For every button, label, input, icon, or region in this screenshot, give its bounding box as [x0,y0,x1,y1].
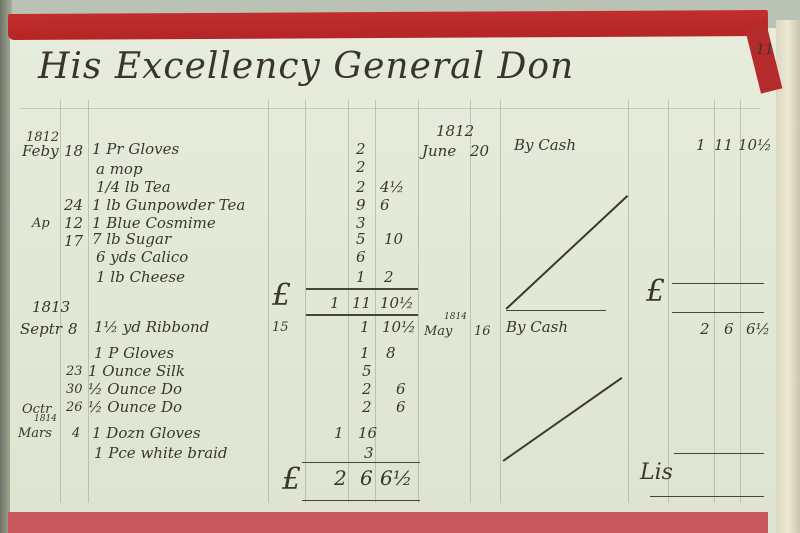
rule-line [375,100,376,503]
entry-item: 1 P Gloves [94,344,174,362]
entry-day: 26 [66,400,83,415]
rule-line [628,100,629,503]
entry-item: 6 yds Calico [96,248,188,266]
subtotal-pence: 10½ [380,294,414,312]
rule-line [668,100,669,503]
entry-shillings: 3 [364,444,374,462]
sum-rule [650,496,764,497]
entry-pounds: 1 [334,424,344,442]
credit-item: By Cash [514,136,576,154]
entry-item: 7 lb Sugar [92,230,171,248]
total-pounds: 2 [334,466,347,490]
entry-item: ½ Ounce Do [88,398,182,416]
credit-pence: 6½ [746,320,770,338]
sum-rule [306,288,418,290]
entry-rate: 15 [272,320,289,335]
entry-item: 1 Pce white braid [94,444,228,462]
rule-line [740,100,741,503]
sum-rule [672,312,764,313]
subtotal-pounds: 1 [330,294,340,312]
rule-line [20,108,760,109]
entry-pence: 10½ [382,318,416,336]
entry-day: 18 [64,142,83,160]
entry-shillings: 5 [362,362,372,380]
entry-day: 24 [64,196,83,214]
entry-year: 1814 [34,414,57,424]
entry-day: 8 [68,320,78,338]
entry-day: 17 [64,232,83,250]
entry-day: 30 [66,382,83,397]
red-ribbon-bottom [8,512,768,533]
entry-month: Septr [20,320,62,338]
credit-year: 1812 [436,122,474,140]
credit-month: June [422,142,456,160]
page-edges [776,20,800,533]
total-shillings: 6 [360,466,373,490]
sum-rule [302,500,420,501]
credit-month: May [424,324,452,339]
entry-day: 23 [66,364,83,379]
entry-pence: 6 [396,380,406,398]
entry-item: 1 Pr Gloves [92,140,179,158]
entry-shillings: 2 [362,398,372,416]
sum-rule [506,310,606,311]
rule-line [418,100,419,503]
pound-sign: £ [272,278,291,313]
credit-pounds: 1 [696,136,706,154]
entry-shillings: 16 [358,424,377,442]
entry-day: 12 [64,214,83,232]
entry-shillings: 1 [356,268,366,286]
sum-rule [306,314,418,316]
entry-pence: 8 [386,344,396,362]
credit-item: By Cash [506,318,568,336]
credit-day: 16 [474,324,491,339]
entry-pence: 2 [384,268,394,286]
entry-shillings: 9 [356,196,366,214]
entry-shillings: 2 [356,158,366,176]
rule-line [500,100,501,503]
sum-rule [672,283,764,284]
entry-shillings: 1 [360,318,370,336]
credit-pence: 10½ [738,136,772,154]
subtotal-shillings: 11 [352,294,371,312]
entry-pence: 10 [384,230,403,248]
entry-item: ½ Ounce Do [88,380,182,398]
entry-day: 4 [72,426,80,441]
pound-sign: £ [646,274,665,309]
red-ribbon-top [8,10,768,40]
entry-shillings: 5 [356,230,366,248]
entry-item: 1/4 lb Tea [96,178,171,196]
entry-month: Mars [18,426,52,441]
entry-item: a mop [96,160,143,178]
entry-shillings: 2 [356,178,366,196]
entry-pence: 4½ [380,178,404,196]
rule-line [88,100,89,503]
entry-month: Feby [22,142,59,160]
page-number: 11 [756,42,774,58]
entry-item: 1 lb Gunpowder Tea [92,196,245,214]
entry-pence: 6 [380,196,390,214]
entry-item: 1½ yd Ribbond [94,318,209,336]
entry-shillings: 1 [360,344,370,362]
entry-shillings: 2 [356,140,366,158]
balance-mark: Lis [640,460,673,485]
entry-month: Ap [32,216,50,231]
sum-rule [674,453,764,454]
entry-shillings: 2 [362,380,372,398]
rule-line [470,100,471,503]
total-pence: 6½ [380,466,412,490]
rule-line [305,100,306,503]
entry-item: 1 Dozn Gloves [92,424,201,442]
credit-shillings: 6 [724,320,734,338]
entry-item: 1 lb Cheese [96,268,185,286]
rule-line [714,100,715,503]
entry-item: 1 Ounce Silk [88,362,185,380]
entry-shillings: 6 [356,248,366,266]
page-title: His Excellency General Don [38,46,574,87]
credit-pounds: 2 [700,320,710,338]
credit-year: 1814 [444,312,467,322]
sum-rule [302,462,420,463]
entry-pence: 6 [396,398,406,416]
rule-line [348,100,349,503]
pound-sign: £ [282,462,301,497]
rule-line [268,100,269,503]
credit-shillings: 11 [714,136,733,154]
entry-year: 1813 [32,298,70,316]
credit-day: 20 [470,142,489,160]
